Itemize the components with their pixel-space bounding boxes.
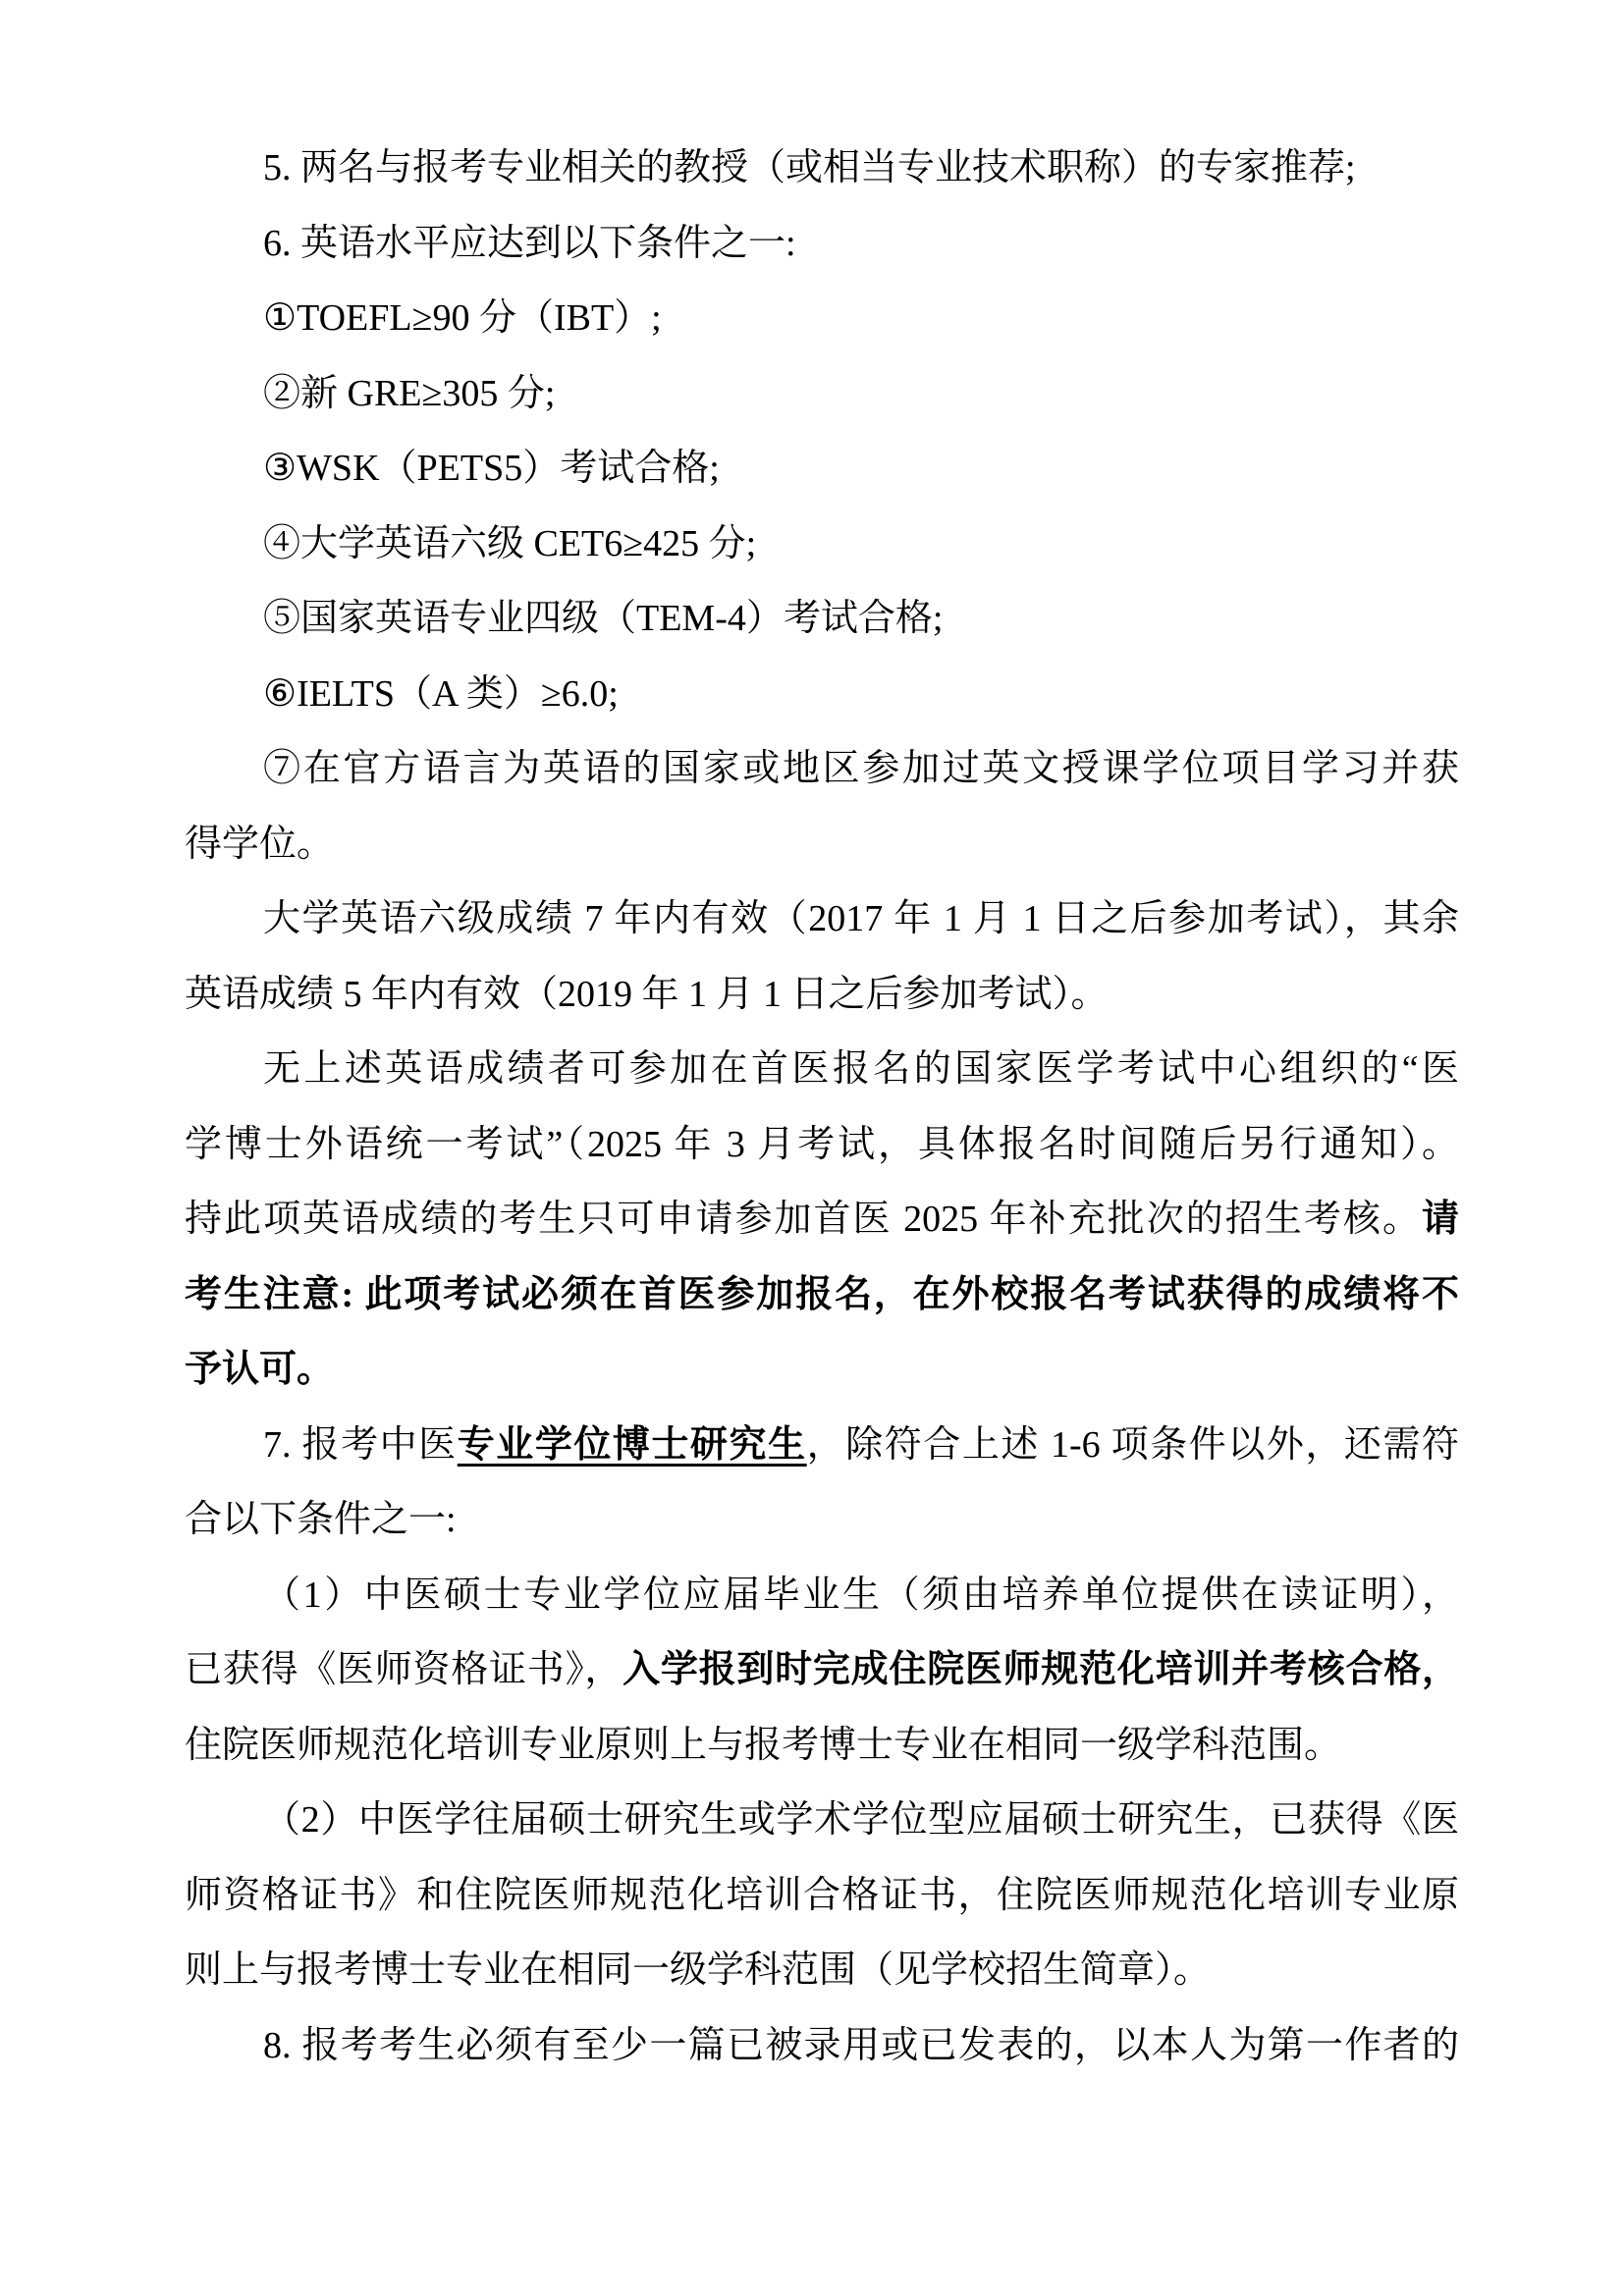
text-run: （2）中医学往届硕士研究生或学术学位型应届硕士研究生，已获得《医: [263, 1799, 1459, 1841]
bold-text-run: 入学报到时完成住院医师规范化培训并考核合格，: [623, 1649, 1459, 1690]
text-line: 8. 报考考生必须有至少一篇已被录用或已发表的，以本人为第一作者的: [185, 2008, 1459, 2084]
text-line: 考生注意: 此项考试必须在首医参加报名，在外校报名考试获得的成绩将不: [185, 1257, 1459, 1333]
text-run: 7. 报考中医: [263, 1424, 458, 1466]
text-line: 持此项英语成绩的考生只可申请参加首医 2025 年补充批次的招生考核。请: [185, 1182, 1459, 1257]
text-run: 已获得《医师资格证书》，: [185, 1649, 623, 1690]
text-run: ，除符合上述 1-6 项条件以外，还需符: [807, 1424, 1459, 1466]
text-line: ⑥IELTS（A 类）≥6.0;: [185, 657, 1459, 732]
text-line: 已获得《医师资格证书》，入学报到时完成住院医师规范化培训并考核合格，: [185, 1632, 1459, 1708]
text-line: （1）中医硕士专业学位应届毕业生（须由培养单位提供在读证明），: [185, 1558, 1459, 1633]
text-run: 无上述英语成绩者可参加在首医报名的国家医学考试中心组织的“医: [263, 1048, 1459, 1090]
text-run: 大学英语六级成绩 7 年内有效（2017 年 1 月 1 日之后参加考试），其余: [263, 898, 1459, 939]
document-page: 5. 两名与报考专业相关的教授（或相当专业技术职称）的专家推荐;6. 英语水平应…: [0, 0, 1624, 2296]
text-run: ①TOEFL≥90 分（IBT）;: [263, 297, 662, 339]
text-run: ③WSK（PETS5）考试合格;: [263, 448, 720, 489]
text-run: 6. 英语水平应达到以下条件之一:: [263, 223, 796, 264]
text-run: ⑤国家英语专业四级（TEM-4）考试合格;: [263, 598, 943, 639]
text-run: 5. 两名与报考专业相关的教授（或相当专业技术职称）的专家推荐;: [263, 147, 1356, 188]
text-run: 8. 报考考生必须有至少一篇已被录用或已发表的，以本人为第一作者的: [263, 2025, 1459, 2066]
text-line: （2）中医学往届硕士研究生或学术学位型应届硕士研究生，已获得《医: [185, 1783, 1459, 1858]
text-line: 则上与报考博士专业在相同一级学科范围（见学校招生简章）。: [185, 1933, 1459, 2008]
text-line: ⑦在官方语言为英语的国家或地区参加过英文授课学位项目学习并获: [185, 731, 1459, 807]
text-run: ⑥IELTS（A 类）≥6.0;: [263, 673, 619, 715]
text-run: （1）中医硕士专业学位应届毕业生（须由培养单位提供在读证明），: [263, 1575, 1459, 1616]
text-line: 合以下条件之一:: [185, 1482, 1459, 1558]
text-line: 无上述英语成绩者可参加在首医报名的国家医学考试中心组织的“医: [185, 1032, 1459, 1107]
text-line: 师资格证书》和住院医师规范化培训合格证书，住院医师规范化培训专业原: [185, 1858, 1459, 1934]
text-run: 则上与报考博士专业在相同一级学科范围（见学校招生简章）。: [185, 1949, 1211, 1991]
text-run: ④大学英语六级 CET6≥425 分;: [263, 523, 756, 564]
text-run: 学博士外语统一考试”（2025 年 3 月考试，具体报名时间随后另行通知）。: [185, 1124, 1459, 1165]
text-run: ②新 GRE≥305 分;: [263, 373, 555, 414]
text-run: ⑦在官方语言为英语的国家或地区参加过英文授课学位项目学习并获: [263, 748, 1459, 789]
underlined-bold-text-run: 专业学位博士研究生: [458, 1424, 807, 1466]
text-line: 6. 英语水平应达到以下条件之一:: [185, 206, 1459, 282]
bold-text-run: 考生注意: 此项考试必须在首医参加报名，在外校报名考试获得的成绩将不: [185, 1274, 1459, 1315]
text-run: 得学位。: [185, 824, 334, 865]
text-run: 持此项英语成绩的考生只可申请参加首医 2025 年补充批次的招生考核。: [185, 1199, 1422, 1240]
text-line: 5. 两名与报考专业相关的教授（或相当专业技术职称）的专家推荐;: [185, 131, 1459, 206]
text-line: 住院医师规范化培训专业原则上与报考博士专业在相同一级学科范围。: [185, 1708, 1459, 1784]
bold-text-run: 请: [1422, 1199, 1459, 1240]
text-line: ②新 GRE≥305 分;: [185, 356, 1459, 432]
text-run: 师资格证书》和住院医师规范化培训合格证书，住院医师规范化培训专业原: [185, 1875, 1459, 1916]
text-run: 合以下条件之一:: [185, 1499, 457, 1540]
text-line: ①TOEFL≥90 分（IBT）;: [185, 281, 1459, 356]
text-line: 得学位。: [185, 807, 1459, 882]
text-line: 学博士外语统一考试”（2025 年 3 月考试，具体报名时间随后另行通知）。: [185, 1107, 1459, 1183]
text-run: 英语成绩 5 年内有效（2019 年 1 月 1 日之后参加考试）。: [185, 974, 1109, 1015]
text-line: ⑤国家英语专业四级（TEM-4）考试合格;: [185, 581, 1459, 657]
text-line: 予认可。: [185, 1332, 1459, 1408]
text-line: 大学英语六级成绩 7 年内有效（2017 年 1 月 1 日之后参加考试），其余: [185, 881, 1459, 957]
text-line: 英语成绩 5 年内有效（2019 年 1 月 1 日之后参加考试）。: [185, 957, 1459, 1033]
text-line: ③WSK（PETS5）考试合格;: [185, 431, 1459, 507]
text-run: 住院医师规范化培训专业原则上与报考博士专业在相同一级学科范围。: [185, 1725, 1341, 1766]
text-line: 7. 报考中医专业学位博士研究生，除符合上述 1-6 项条件以外，还需符: [185, 1408, 1459, 1483]
text-line: ④大学英语六级 CET6≥425 分;: [185, 507, 1459, 582]
bold-text-run: 予认可。: [185, 1349, 334, 1390]
